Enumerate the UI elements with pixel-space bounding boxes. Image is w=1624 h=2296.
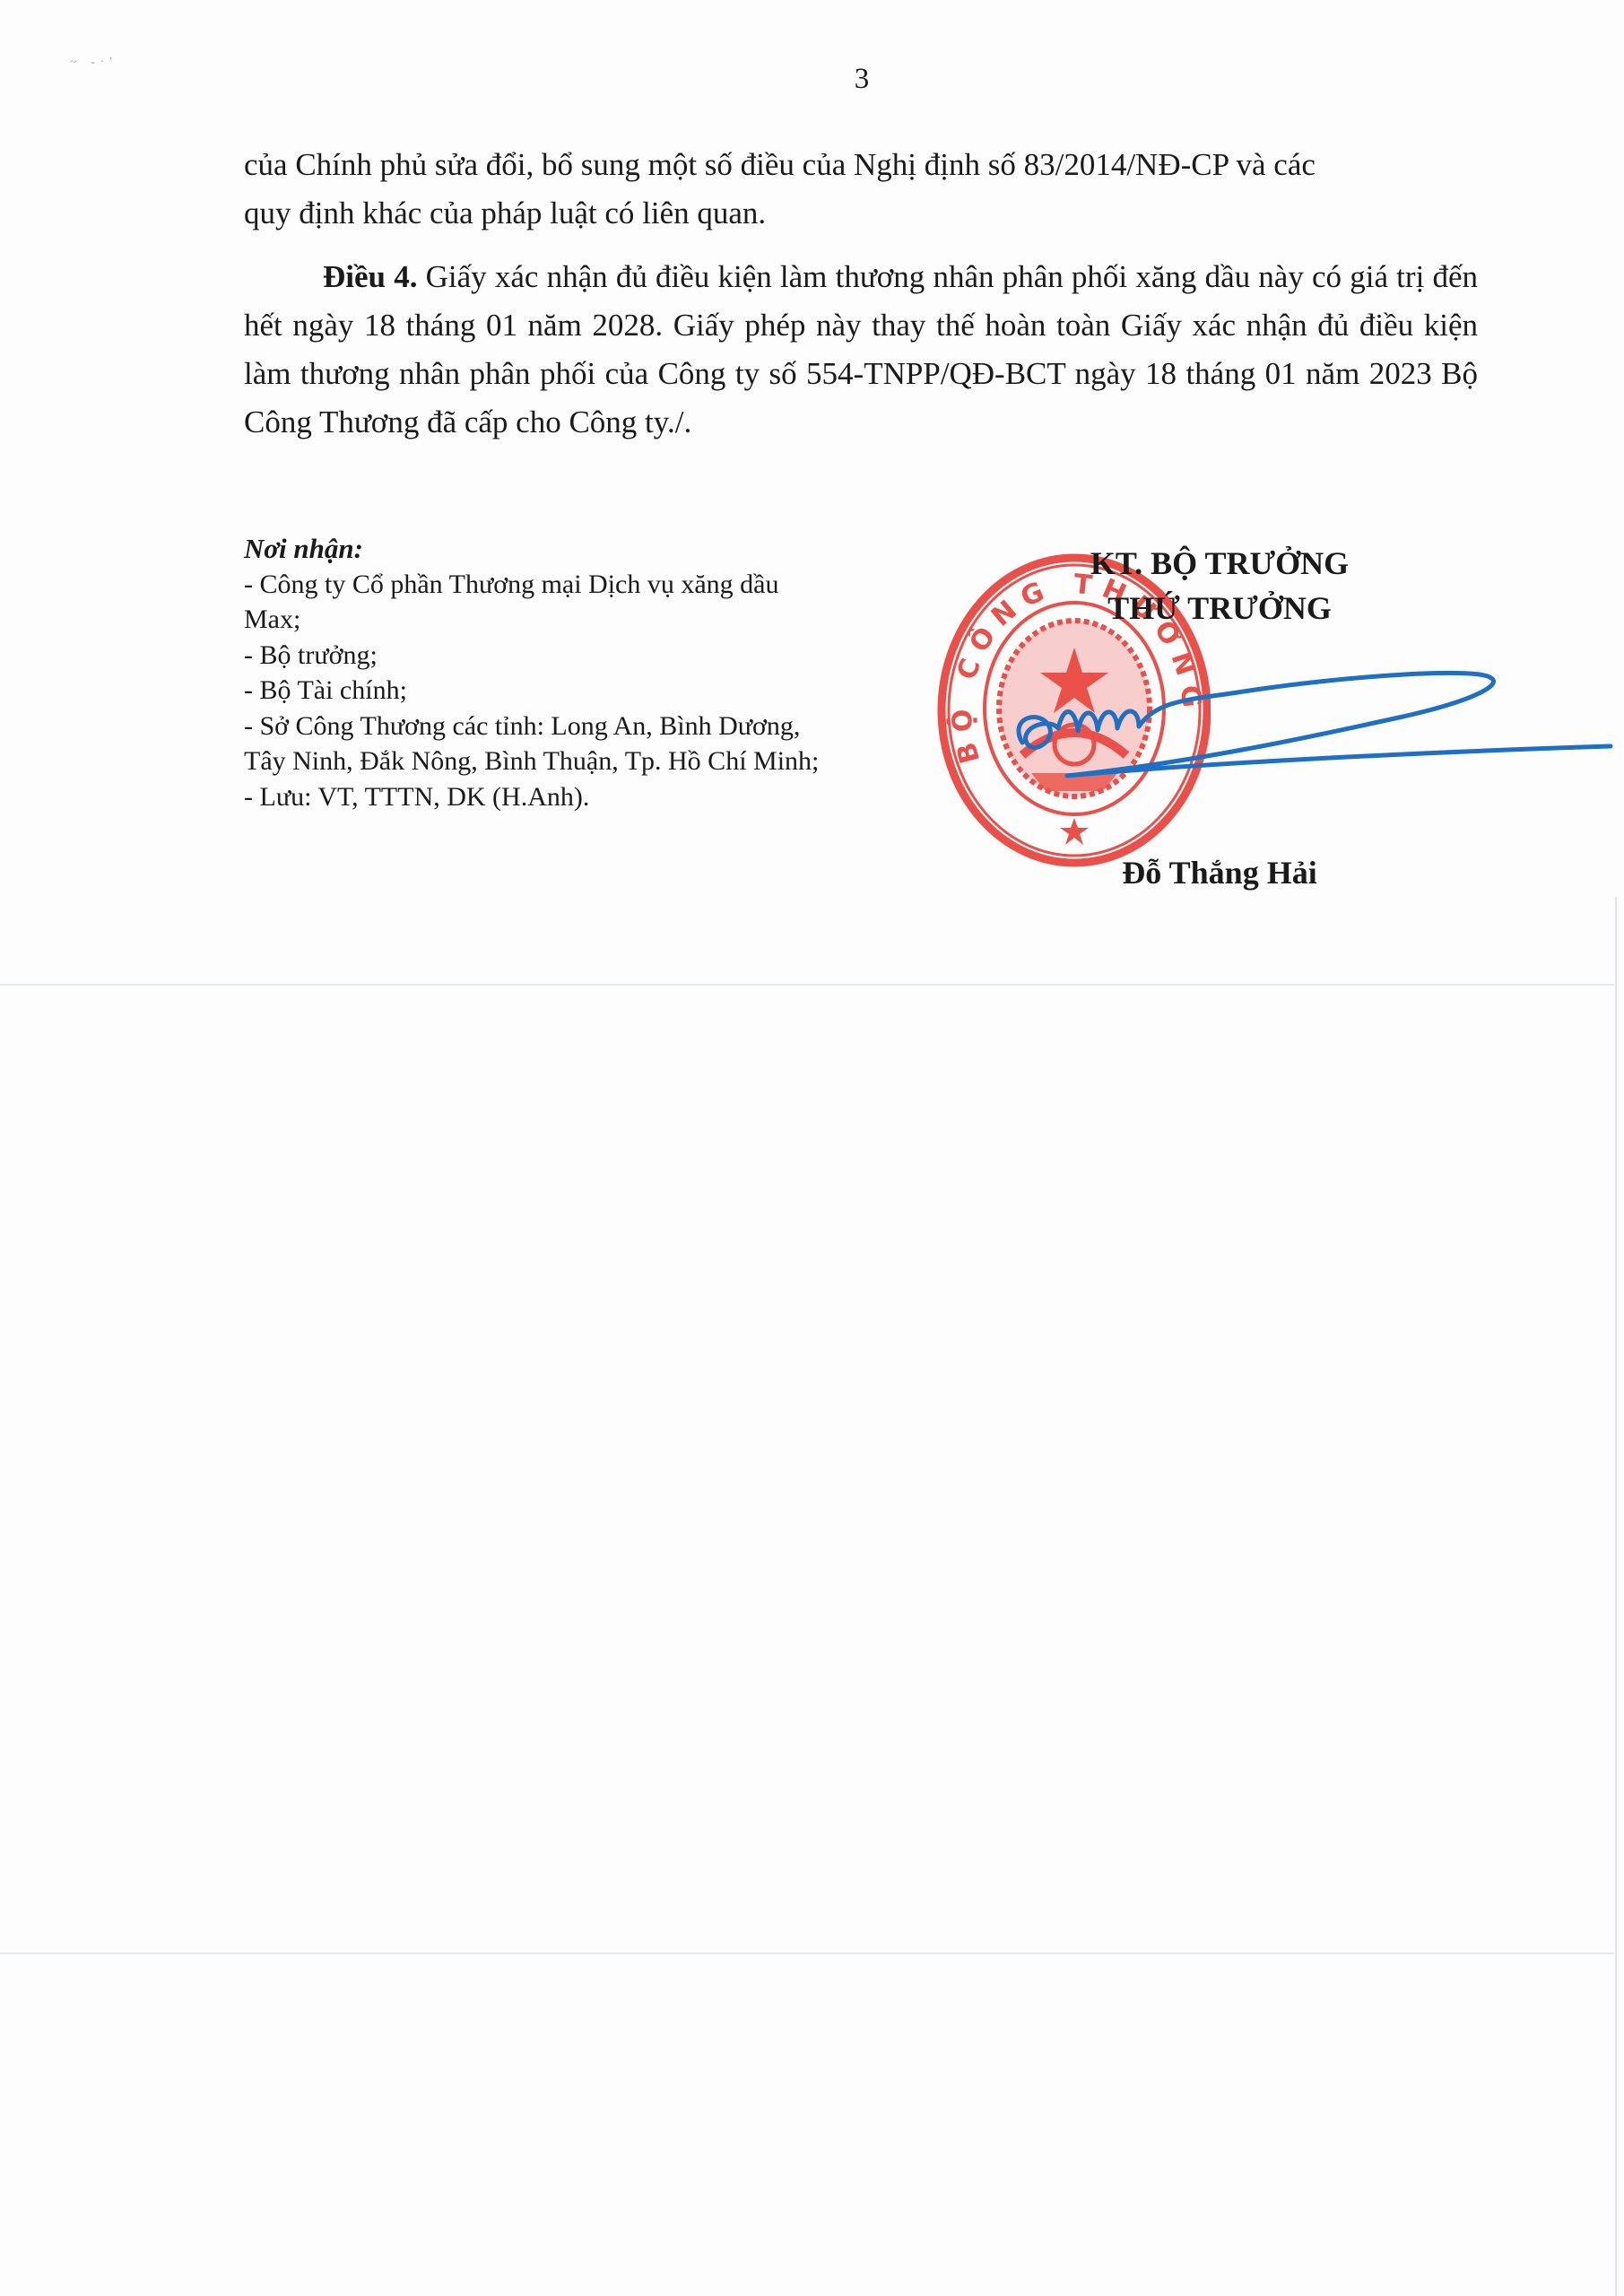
recipients-block: Nơi nhận: - Công ty Cổ phần Thương mại D…	[244, 531, 943, 814]
recipient-item: Tây Ninh, Đắk Nông, Bình Thuận, Tp. Hồ C…	[244, 744, 943, 779]
recipient-item: - Bộ Tài chính;	[244, 673, 943, 709]
recipient-item: - Lưu: VT, TTTN, DK (H.Anh).	[244, 779, 943, 815]
signature-title-line: THỨ TRƯỞNG	[1031, 586, 1408, 631]
handwritten-signature-icon	[1013, 664, 1614, 789]
fold-line	[0, 984, 1614, 986]
text-line: quy định khác của pháp luật có liên quan…	[244, 189, 1478, 238]
signature-title-line: KT. BỘ TRƯỞNG	[1031, 541, 1408, 586]
paragraph-continuation: của Chính phủ sửa đổi, bổ sung một số đi…	[244, 141, 1478, 238]
page-edge	[1615, 897, 1617, 2296]
article-text: Giấy xác nhận đủ điều kiện làm thương nh…	[244, 259, 1478, 439]
fold-line	[0, 1952, 1614, 1954]
document-page: ~ -·' 3 của Chính phủ sửa đổi, bổ sung m…	[0, 0, 1624, 2296]
recipient-item: - Sở Công Thương các tỉnh: Long An, Bình…	[244, 709, 943, 744]
recipient-item: Max;	[244, 602, 943, 638]
article-heading: Điều 4.	[323, 259, 417, 294]
recipients-title: Nơi nhận:	[244, 531, 943, 567]
signer-name: Đỗ Thắng Hải	[1031, 854, 1408, 891]
signature-title-block: KT. BỘ TRƯỞNG THỨ TRƯỞNG	[1031, 541, 1408, 631]
recipient-item: - Công ty Cổ phần Thương mại Dịch vụ xăn…	[244, 567, 943, 603]
recipient-item: - Bộ trưởng;	[244, 638, 943, 674]
article-4-paragraph: Điều 4. Giấy xác nhận đủ điều kiện làm t…	[244, 253, 1478, 447]
page-number: 3	[0, 63, 1624, 96]
text-line: của Chính phủ sửa đổi, bổ sung một số đi…	[244, 141, 1478, 189]
recipients-list: - Công ty Cổ phần Thương mại Dịch vụ xăn…	[244, 567, 943, 815]
